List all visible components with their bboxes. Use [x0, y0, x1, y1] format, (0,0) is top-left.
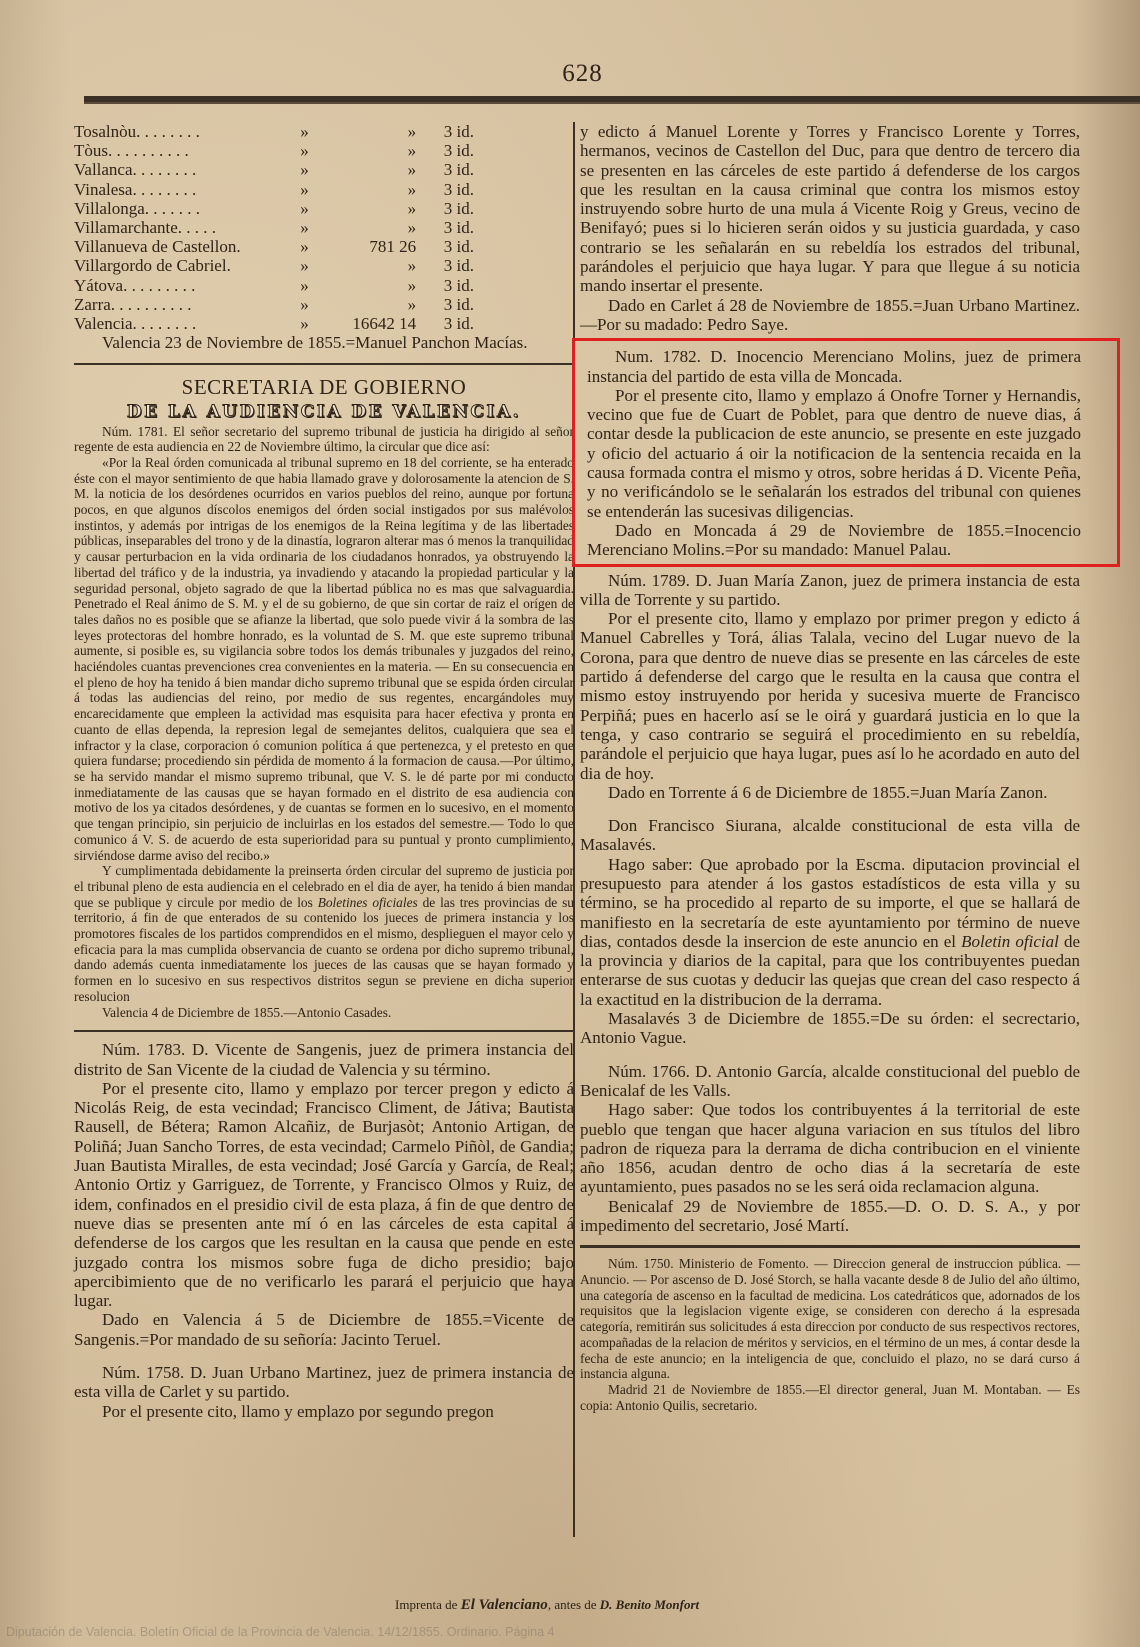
notice-signoff: Dado en Carlet á 28 de Noviembre de 1855…	[580, 296, 1080, 335]
newspaper-name: El Valenciano	[461, 1597, 548, 1613]
table-cell-c1: »	[272, 141, 338, 160]
notice-body: y edicto á Manuel Lorente y Torres y Fra…	[580, 122, 1080, 296]
notice-1758: Núm. 1758. D. Juan Urbano Martinez, juez…	[74, 1363, 574, 1421]
table-cell-c2: »	[337, 160, 416, 179]
notice-body: Hago saber: Que aprobado por la Escma. d…	[580, 855, 1080, 1009]
table-cell-name: Yátova. . . . . . . . .	[74, 276, 272, 295]
notice-1783: Núm. 1783. D. Vicente de Sangenis, juez …	[74, 1040, 574, 1349]
section-heading: SECRETARIA DE GOBIERNO	[74, 375, 574, 400]
divider	[74, 363, 574, 365]
table-cell-name: Villamarchante. . . . .	[74, 218, 272, 237]
notice-body: Núm. 1750. Ministerio de Fomento. — Dire…	[580, 1256, 1080, 1382]
table-row: Vallanca. . . . . . . .»»3 id.	[74, 160, 474, 179]
contribution-table: Tosalnòu. . . . . . . .»»3 id.Tòus. . . …	[74, 122, 474, 333]
table-cell-name: Zarra. . . . . . . . . .	[74, 295, 272, 314]
table-cell-c3: 3 id.	[416, 295, 474, 314]
table-cell-c2: »	[337, 218, 416, 237]
notice-signoff: Dado en Torrente á 6 de Diciembre de 185…	[580, 783, 1080, 802]
table-cell-c1: »	[272, 295, 338, 314]
table-row: Villalonga. . . . . . .»»3 id.	[74, 199, 474, 218]
table-cell-c2: 781 26	[337, 237, 416, 256]
table-cell-c1: »	[272, 276, 338, 295]
table-signoff: Valencia 23 de Noviembre de 1855.=Manuel…	[74, 333, 574, 352]
table-row: Yátova. . . . . . . . .»»3 id.	[74, 276, 474, 295]
table-cell-c1: »	[272, 218, 338, 237]
table-cell-c3: 3 id.	[416, 314, 474, 333]
notice-quote: «Por la Real órden comunicada al tribuna…	[74, 455, 574, 863]
table-cell-c2: »	[337, 256, 416, 275]
table-cell-c1: »	[272, 199, 338, 218]
table-cell-c1: »	[272, 314, 338, 333]
divider	[580, 1245, 1080, 1248]
table-cell-name: Valencia. . . . . . . .	[74, 314, 272, 333]
highlighted-notice-1782: Num. 1782. D. Inocencio Merenciano Molin…	[572, 338, 1120, 566]
table-row: Zarra. . . . . . . . . .»»3 id.	[74, 295, 474, 314]
table-cell-c2: »	[337, 180, 416, 199]
table-cell-c3: 3 id.	[416, 256, 474, 275]
table-cell-c1: »	[272, 237, 338, 256]
table-cell-c3: 3 id.	[416, 160, 474, 179]
table-cell-c3: 3 id.	[416, 141, 474, 160]
notice-body: Por el presente cito, llamo y emplazo po…	[74, 1402, 574, 1421]
table-cell-name: Vinalesa. . . . . . . .	[74, 180, 272, 199]
table-cell-c3: 3 id.	[416, 122, 474, 141]
table-row: Villargordo de Cabriel.»»3 id.	[74, 256, 474, 275]
table-cell-c1: »	[272, 122, 338, 141]
notice-intro: Núm. 1789. D. Juan María Zanon, juez de …	[580, 571, 1080, 610]
table-cell-name: Villargordo de Cabriel.	[74, 256, 272, 275]
left-column: Tosalnòu. . . . . . . .»»3 id.Tòus. . . …	[74, 122, 574, 1421]
table-row: Tòus. . . . . . . . . .»»3 id.	[74, 141, 474, 160]
notice-signoff: Masalavés 3 de Diciembre de 1855.=De su …	[580, 1009, 1080, 1048]
notice-body: Por el presente cito, llamo y emplazo po…	[74, 1079, 574, 1311]
top-rule	[84, 96, 1140, 104]
table-cell-c2: »	[337, 141, 416, 160]
table-cell-c2: 16642 14	[337, 314, 416, 333]
notice-1758-continued: y edicto á Manuel Lorente y Torres y Fra…	[580, 122, 1080, 334]
table-row: Vinalesa. . . . . . . .»»3 id.	[74, 180, 474, 199]
notice-1766: Núm. 1766. D. Antonio García, alcalde co…	[580, 1062, 1080, 1236]
notice-signoff: Valencia 4 de Diciembre de 1855.—Antonio…	[74, 1005, 574, 1021]
table-cell-c2: »	[337, 122, 416, 141]
italic-title: Boletines oficiales	[318, 895, 418, 910]
table-cell-c2: »	[337, 295, 416, 314]
table-cell-c1: »	[272, 160, 338, 179]
notice-para: Y cumplimentada debidamente la preinsert…	[74, 863, 574, 1004]
printer-imprint: Imprenta de El Valenciano, antes de D. B…	[395, 1597, 699, 1614]
notice-signoff: Madrid 21 de Noviembre de 1855.—El direc…	[580, 1382, 1080, 1413]
table-row: Villanueva de Castellon.»781 263 id.	[74, 237, 474, 256]
table-row: Tosalnòu. . . . . . . .»»3 id.	[74, 122, 474, 141]
table-row: Valencia. . . . . . . .»16642 143 id.	[74, 314, 474, 333]
notice-body: Por el presente cito, llamo y emplazo á …	[587, 386, 1081, 521]
notice-intro: Núm. 1781. El señor secretario del supre…	[74, 424, 574, 455]
italic-title: Boletin oficial	[961, 932, 1059, 951]
notice-body: Por el presente cito, llamo y emplazo po…	[580, 609, 1080, 783]
table-cell-name: Tòus. . . . . . . . . .	[74, 141, 272, 160]
table-cell-c3: 3 id.	[416, 276, 474, 295]
table-cell-c2: »	[337, 276, 416, 295]
table-cell-c3: 3 id.	[416, 218, 474, 237]
notice-signoff: Dado en Valencia á 5 de Diciembre de 185…	[74, 1310, 574, 1349]
printer-name: D. Benito Monfort	[600, 1597, 699, 1612]
table-cell-c2: »	[337, 199, 416, 218]
notice-intro: Núm. 1783. D. Vicente de Sangenis, juez …	[74, 1040, 574, 1079]
notice-masalaves: Don Francisco Siurana, alcalde constituc…	[580, 816, 1080, 1048]
notice-1750: Núm. 1750. Ministerio de Fomento. — Dire…	[580, 1256, 1080, 1413]
table-cell-c3: 3 id.	[416, 199, 474, 218]
section-subheading: DE LA AUDIENCIA DE VALENCIA.	[74, 402, 574, 422]
notice-intro: Núm. 1766. D. Antonio García, alcalde co…	[580, 1062, 1080, 1101]
table-cell-name: Villanueva de Castellon.	[74, 237, 272, 256]
table-cell-c1: »	[272, 256, 338, 275]
table-cell-c3: 3 id.	[416, 180, 474, 199]
table-cell-c1: »	[272, 180, 338, 199]
notice-body: Hago saber: Que todos los contribuyentes…	[580, 1100, 1080, 1196]
notice-signoff: Benicalaf 29 de Noviembre de 1855.—D. O.…	[580, 1197, 1080, 1236]
notice-1789: Núm. 1789. D. Juan María Zanon, juez de …	[580, 571, 1080, 803]
right-column: y edicto á Manuel Lorente y Torres y Fra…	[580, 122, 1080, 1413]
divider	[74, 1030, 574, 1032]
table-cell-name: Tosalnòu. . . . . . . .	[74, 122, 272, 141]
table-cell-name: Vallanca. . . . . . . .	[74, 160, 272, 179]
notice-intro: Núm. 1758. D. Juan Urbano Martinez, juez…	[74, 1363, 574, 1402]
notice-intro: Don Francisco Siurana, alcalde constituc…	[580, 816, 1080, 855]
table-cell-name: Villalonga. . . . . . .	[74, 199, 272, 218]
notice-intro: Num. 1782. D. Inocencio Merenciano Molin…	[587, 347, 1081, 386]
table-row: Villamarchante. . . . .»»3 id.	[74, 218, 474, 237]
notice-signoff: Dado en Moncada á 29 de Noviembre de 185…	[587, 521, 1081, 560]
archive-watermark: Diputación de Valencia. Boletín Oficial …	[6, 1625, 555, 1639]
table-cell-c3: 3 id.	[416, 237, 474, 256]
page-number: 628	[0, 60, 1140, 88]
notice-1781: Núm. 1781. El señor secretario del supre…	[74, 424, 574, 1021]
